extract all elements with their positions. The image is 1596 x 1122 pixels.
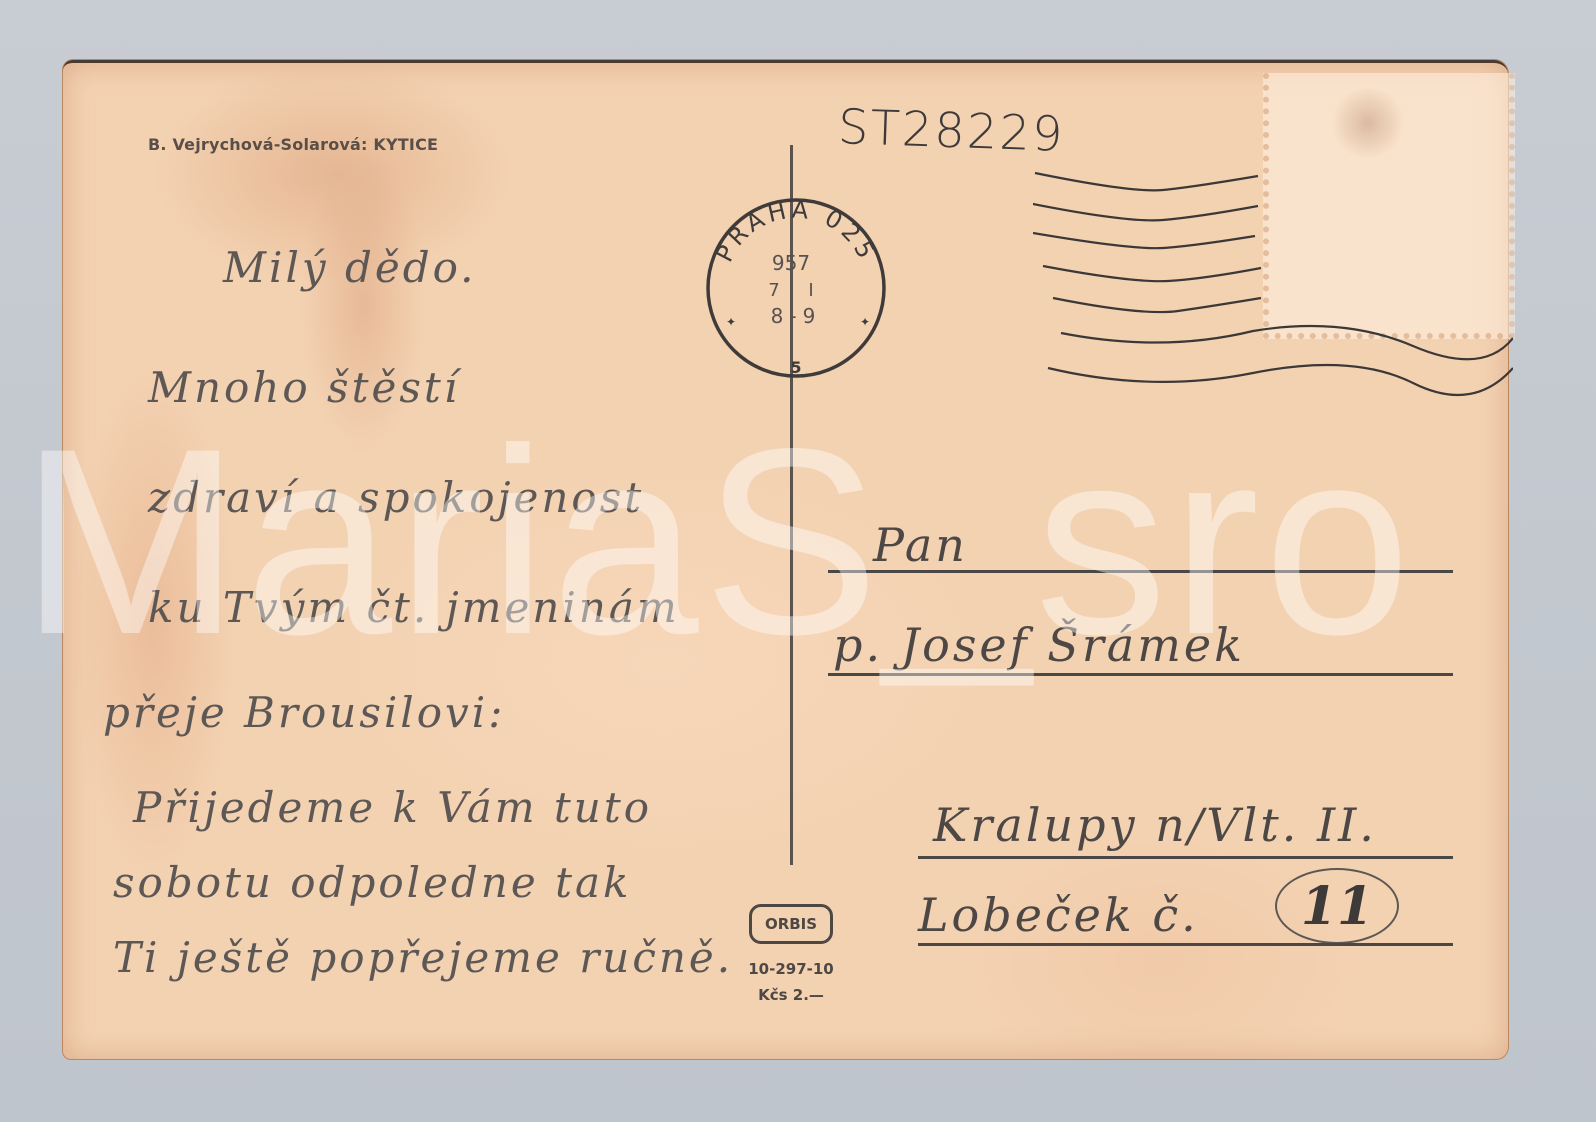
address-salutation: Pan bbox=[873, 518, 968, 572]
postmark-hour: 8-9 bbox=[771, 304, 822, 328]
postmark-year: 957 bbox=[772, 251, 810, 275]
stain bbox=[1328, 88, 1408, 158]
printed-title: B. Vejrychová-Solarová: KYTICE bbox=[148, 135, 438, 154]
address-street: Lobeček č. bbox=[918, 888, 1199, 942]
price: Kčs 2.— bbox=[741, 986, 841, 1004]
house-number: 11 bbox=[1275, 868, 1399, 944]
print-code: 10-297-10 bbox=[741, 960, 841, 978]
postmark: PRAHA 025 957 7 I 8-9 5 ✦ ✦ bbox=[696, 188, 896, 388]
address-name: p. Josef Šrámek bbox=[833, 618, 1245, 672]
postcard: B. Vejrychová-Solarová: KYTICE ST28229 P… bbox=[63, 60, 1508, 1059]
message-line: ku Tvým čt. jmeninám bbox=[148, 583, 680, 632]
postmark-month: I bbox=[808, 280, 813, 301]
message-line: přeje Brousilovi: bbox=[103, 688, 505, 737]
message-line: Ti ještě popřejeme ručně. bbox=[113, 933, 733, 982]
message-line: zdraví a spokojenost bbox=[148, 473, 644, 522]
address-line bbox=[918, 943, 1453, 946]
address-line bbox=[828, 570, 1453, 573]
reference-number: ST28229 bbox=[837, 99, 1065, 163]
machine-cancellation-lines bbox=[1033, 168, 1513, 418]
message-line: sobotu odpoledne tak bbox=[113, 858, 631, 907]
address-line bbox=[918, 856, 1453, 859]
address-line bbox=[828, 673, 1453, 676]
svg-text:✦: ✦ bbox=[726, 315, 736, 329]
postmark-bottom: 5 bbox=[790, 358, 801, 377]
message-line: Milý dědo. bbox=[223, 243, 476, 292]
postmark-day: 7 bbox=[768, 280, 779, 301]
address-city: Kralupy n/Vlt. II. bbox=[933, 798, 1377, 852]
svg-text:✦: ✦ bbox=[860, 315, 870, 329]
publisher-logo: ORBIS bbox=[749, 904, 833, 944]
message-line: Mnoho štěstí bbox=[148, 363, 460, 412]
message-line: Přijedeme k Vám tuto bbox=[133, 783, 652, 832]
